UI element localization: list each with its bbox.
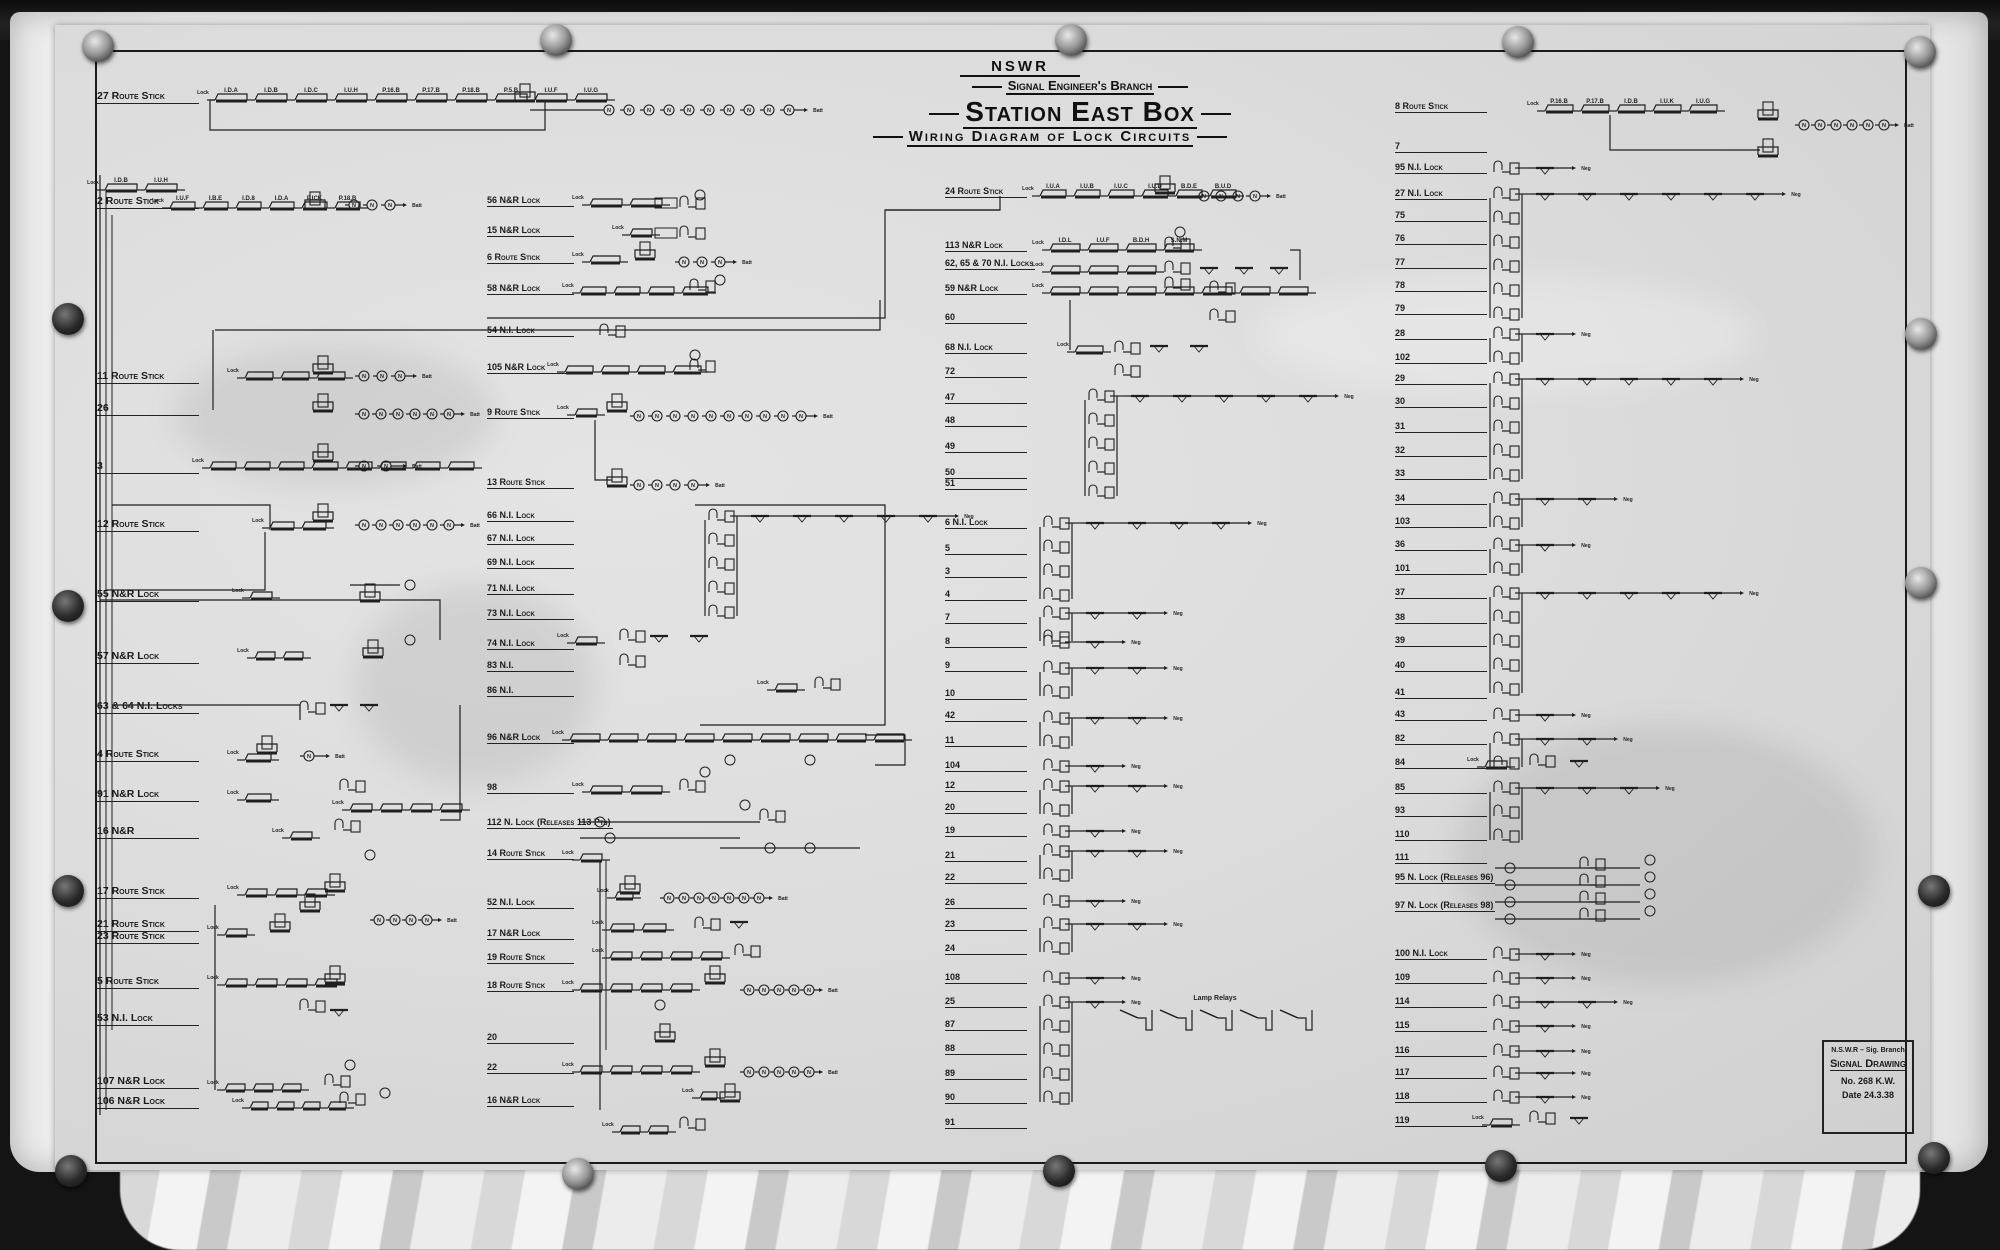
svg-text:Batt: Batt bbox=[412, 203, 422, 209]
pin bbox=[82, 30, 114, 62]
svg-text:Batt: Batt bbox=[823, 414, 833, 420]
svg-text:N: N bbox=[362, 412, 366, 418]
svg-text:Lock: Lock bbox=[612, 225, 624, 231]
pin bbox=[1055, 24, 1087, 56]
svg-text:Lock: Lock bbox=[87, 180, 99, 186]
svg-text:I.U.G: I.U.G bbox=[584, 88, 598, 94]
svg-text:P.16.B: P.16.B bbox=[382, 88, 400, 94]
svg-text:Neg: Neg bbox=[1131, 1000, 1140, 1006]
svg-text:I.U.H: I.U.H bbox=[154, 178, 168, 184]
svg-text:Neg: Neg bbox=[1581, 1095, 1590, 1101]
svg-text:N: N bbox=[1236, 194, 1240, 200]
svg-text:I.D.A: I.D.A bbox=[275, 196, 289, 202]
svg-text:Batt: Batt bbox=[447, 918, 457, 924]
svg-text:Batt: Batt bbox=[422, 374, 432, 380]
svg-text:Batt: Batt bbox=[828, 988, 838, 994]
svg-text:Lock: Lock bbox=[192, 458, 204, 464]
svg-text:N: N bbox=[667, 896, 671, 902]
svg-text:N: N bbox=[1882, 123, 1886, 129]
svg-text:N: N bbox=[707, 108, 711, 114]
svg-text:Neg: Neg bbox=[964, 514, 973, 520]
svg-text:N: N bbox=[673, 483, 677, 489]
svg-text:Neg: Neg bbox=[1131, 764, 1140, 770]
svg-text:Batt: Batt bbox=[412, 464, 422, 470]
svg-text:N: N bbox=[682, 260, 686, 266]
svg-text:N: N bbox=[687, 108, 691, 114]
svg-text:N: N bbox=[396, 412, 400, 418]
svg-text:B.D.E: B.D.E bbox=[1181, 184, 1197, 190]
svg-text:N: N bbox=[352, 203, 356, 209]
svg-text:Lock: Lock bbox=[227, 368, 239, 374]
svg-text:N: N bbox=[307, 754, 311, 760]
svg-text:Neg: Neg bbox=[1581, 952, 1590, 958]
pin bbox=[1905, 318, 1937, 350]
svg-text:Lock: Lock bbox=[1022, 186, 1034, 192]
pin bbox=[1918, 875, 1950, 907]
svg-text:N: N bbox=[377, 918, 381, 924]
svg-text:N: N bbox=[682, 896, 686, 902]
svg-text:N: N bbox=[370, 203, 374, 209]
svg-text:N: N bbox=[413, 523, 417, 529]
pin bbox=[1918, 1142, 1950, 1174]
svg-text:Batt: Batt bbox=[742, 260, 752, 266]
svg-text:N: N bbox=[655, 414, 659, 420]
pin bbox=[1485, 1150, 1517, 1182]
svg-text:N: N bbox=[607, 108, 611, 114]
svg-text:N: N bbox=[627, 108, 631, 114]
svg-text:N: N bbox=[1818, 123, 1822, 129]
svg-text:Neg: Neg bbox=[1173, 716, 1182, 722]
svg-text:Lock: Lock bbox=[557, 633, 569, 639]
svg-text:N: N bbox=[398, 374, 402, 380]
svg-text:Neg: Neg bbox=[1344, 394, 1353, 400]
svg-text:N: N bbox=[379, 523, 383, 529]
svg-text:N: N bbox=[1866, 123, 1870, 129]
svg-text:I.D.B: I.D.B bbox=[264, 88, 278, 94]
svg-text:N: N bbox=[747, 988, 751, 994]
svg-text:Neg: Neg bbox=[1623, 497, 1632, 503]
svg-text:N: N bbox=[379, 412, 383, 418]
svg-text:N: N bbox=[1802, 123, 1806, 129]
svg-text:Lock: Lock bbox=[562, 1062, 574, 1068]
svg-text:N: N bbox=[745, 414, 749, 420]
svg-text:N: N bbox=[396, 523, 400, 529]
svg-text:Lock: Lock bbox=[552, 730, 564, 736]
svg-text:Lock: Lock bbox=[1472, 1115, 1484, 1121]
svg-text:N: N bbox=[393, 918, 397, 924]
svg-text:I.D.B: I.D.B bbox=[114, 178, 128, 184]
svg-text:N: N bbox=[807, 988, 811, 994]
svg-text:N: N bbox=[425, 918, 429, 924]
svg-text:Lock: Lock bbox=[592, 948, 604, 954]
svg-text:Batt: Batt bbox=[1904, 123, 1914, 129]
pin bbox=[1502, 26, 1534, 58]
svg-text:N: N bbox=[637, 483, 641, 489]
svg-text:N: N bbox=[781, 414, 785, 420]
svg-text:Batt: Batt bbox=[778, 896, 788, 902]
svg-text:Neg: Neg bbox=[1749, 591, 1758, 597]
svg-text:Neg: Neg bbox=[1749, 377, 1758, 383]
svg-text:N: N bbox=[1850, 123, 1854, 129]
pin bbox=[52, 590, 84, 622]
svg-text:Lock: Lock bbox=[592, 920, 604, 926]
svg-text:N: N bbox=[430, 412, 434, 418]
svg-text:Neg: Neg bbox=[1581, 543, 1590, 549]
signal-drawing-block: N.S.W.R – Sig. Branch Signal Drawing No.… bbox=[1822, 1040, 1914, 1134]
svg-text:Lock: Lock bbox=[562, 283, 574, 289]
svg-text:N: N bbox=[709, 414, 713, 420]
svg-text:Lock: Lock bbox=[207, 925, 219, 931]
svg-text:Batt: Batt bbox=[813, 108, 823, 114]
svg-text:Lock: Lock bbox=[1032, 262, 1044, 268]
svg-text:Neg: Neg bbox=[1623, 737, 1632, 743]
svg-text:P.17.B: P.17.B bbox=[1586, 99, 1604, 105]
svg-text:Neg: Neg bbox=[1581, 713, 1590, 719]
svg-text:Neg: Neg bbox=[1257, 521, 1266, 527]
svg-text:Lock: Lock bbox=[602, 1122, 614, 1128]
svg-text:N: N bbox=[447, 412, 451, 418]
svg-text:Lock: Lock bbox=[227, 790, 239, 796]
svg-text:Lock: Lock bbox=[682, 1088, 694, 1094]
svg-text:I.D.C: I.D.C bbox=[304, 88, 318, 94]
svg-text:N: N bbox=[718, 260, 722, 266]
svg-text:N: N bbox=[388, 203, 392, 209]
svg-text:Lock: Lock bbox=[562, 850, 574, 856]
svg-text:Lock: Lock bbox=[152, 198, 164, 204]
svg-text:I.U.A: I.U.A bbox=[1046, 184, 1060, 190]
svg-text:N: N bbox=[362, 523, 366, 529]
svg-text:Lock: Lock bbox=[237, 648, 249, 654]
svg-text:Lock: Lock bbox=[1032, 283, 1044, 289]
svg-text:N: N bbox=[777, 1070, 781, 1076]
svg-text:N: N bbox=[362, 464, 366, 470]
svg-text:Neg: Neg bbox=[1173, 784, 1182, 790]
svg-text:Neg: Neg bbox=[1131, 829, 1140, 835]
svg-text:N: N bbox=[742, 896, 746, 902]
svg-text:N: N bbox=[792, 988, 796, 994]
svg-text:N: N bbox=[637, 414, 641, 420]
svg-text:Batt: Batt bbox=[828, 1070, 838, 1076]
svg-text:Neg: Neg bbox=[1173, 849, 1182, 855]
svg-text:I.U.F: I.U.F bbox=[176, 196, 189, 202]
svg-text:Lock: Lock bbox=[572, 195, 584, 201]
svg-text:N: N bbox=[727, 414, 731, 420]
svg-text:B.U.D: B.U.D bbox=[1215, 184, 1232, 190]
svg-text:I.U.B: I.U.B bbox=[1080, 184, 1094, 190]
svg-text:N: N bbox=[1219, 194, 1223, 200]
svg-text:N: N bbox=[767, 108, 771, 114]
pin bbox=[52, 303, 84, 335]
svg-text:Lock: Lock bbox=[557, 405, 569, 411]
svg-text:Neg: Neg bbox=[1581, 1024, 1590, 1030]
svg-text:Lock: Lock bbox=[227, 885, 239, 891]
svg-text:Lock: Lock bbox=[227, 750, 239, 756]
svg-text:I.U.K: I.U.K bbox=[1660, 99, 1674, 105]
svg-text:Batt: Batt bbox=[470, 523, 480, 529]
svg-text:I.U.G: I.U.G bbox=[1696, 99, 1710, 105]
svg-text:Lock: Lock bbox=[562, 980, 574, 986]
svg-text:N: N bbox=[430, 523, 434, 529]
wiring-schematic: LockI.D.AI.D.BI.D.CI.U.HP.16.BP.17.BP.18… bbox=[0, 0, 2000, 1250]
svg-text:N: N bbox=[787, 108, 791, 114]
svg-text:N: N bbox=[1834, 123, 1838, 129]
drawing-number: No. 268 K.W. bbox=[1824, 1076, 1912, 1086]
svg-text:Neg: Neg bbox=[1581, 332, 1590, 338]
svg-text:P.18.B: P.18.B bbox=[462, 88, 480, 94]
svg-text:N: N bbox=[655, 483, 659, 489]
svg-text:P.5.B: P.5.B bbox=[504, 88, 519, 94]
svg-text:N: N bbox=[380, 374, 384, 380]
svg-text:Neg: Neg bbox=[1791, 192, 1800, 198]
svg-text:Neg: Neg bbox=[1173, 922, 1182, 928]
svg-text:N: N bbox=[691, 414, 695, 420]
svg-text:N: N bbox=[409, 918, 413, 924]
svg-text:N: N bbox=[362, 374, 366, 380]
svg-text:N: N bbox=[700, 260, 704, 266]
svg-text:N: N bbox=[413, 412, 417, 418]
pin bbox=[55, 1155, 87, 1187]
svg-text:N: N bbox=[1253, 194, 1257, 200]
title-block-org: N.S.W.R – Sig. Branch bbox=[1824, 1047, 1912, 1054]
svg-text:I.B.E: I.B.E bbox=[209, 196, 222, 202]
svg-text:Neg: Neg bbox=[1173, 666, 1182, 672]
svg-text:I.D.L: I.D.L bbox=[1059, 238, 1072, 244]
svg-text:Lock: Lock bbox=[332, 800, 344, 806]
svg-text:I.U.H: I.U.H bbox=[344, 88, 358, 94]
svg-text:Lock: Lock bbox=[232, 1098, 244, 1104]
svg-text:Neg: Neg bbox=[1665, 786, 1674, 792]
svg-text:N: N bbox=[727, 896, 731, 902]
svg-text:Neg: Neg bbox=[1581, 1071, 1590, 1077]
svg-text:Lock: Lock bbox=[757, 680, 769, 686]
svg-text:Neg: Neg bbox=[1173, 611, 1182, 617]
svg-text:P.16.B: P.16.B bbox=[1550, 99, 1568, 105]
svg-text:Neg: Neg bbox=[1581, 166, 1590, 172]
svg-text:Lock: Lock bbox=[272, 828, 284, 834]
svg-text:N: N bbox=[384, 464, 388, 470]
pin bbox=[562, 1158, 594, 1190]
svg-text:N: N bbox=[1202, 194, 1206, 200]
svg-text:Lock: Lock bbox=[252, 518, 264, 524]
svg-text:N: N bbox=[762, 1070, 766, 1076]
svg-text:Lock: Lock bbox=[1057, 342, 1069, 348]
svg-text:N: N bbox=[727, 108, 731, 114]
svg-text:Neg: Neg bbox=[1623, 1000, 1632, 1006]
svg-text:Lock: Lock bbox=[197, 90, 209, 96]
svg-text:Lock: Lock bbox=[232, 588, 244, 594]
svg-text:N: N bbox=[777, 988, 781, 994]
svg-text:N: N bbox=[691, 483, 695, 489]
pin bbox=[1905, 567, 1937, 599]
svg-text:N: N bbox=[697, 896, 701, 902]
svg-text:N: N bbox=[799, 414, 803, 420]
svg-text:N: N bbox=[447, 523, 451, 529]
pin bbox=[52, 875, 84, 907]
svg-text:Batt: Batt bbox=[715, 483, 725, 489]
svg-text:I.D.B: I.D.B bbox=[1624, 99, 1638, 105]
svg-text:Lock: Lock bbox=[1467, 757, 1479, 763]
svg-text:Lock: Lock bbox=[207, 975, 219, 981]
svg-text:Neg: Neg bbox=[1131, 976, 1140, 982]
svg-text:Lock: Lock bbox=[572, 252, 584, 258]
svg-text:I.U.F: I.U.F bbox=[1097, 238, 1110, 244]
svg-text:I.U.C: I.U.C bbox=[1114, 184, 1128, 190]
svg-text:Neg: Neg bbox=[1581, 1049, 1590, 1055]
svg-text:N: N bbox=[762, 988, 766, 994]
title-block-kind: Signal Drawing bbox=[1830, 1058, 1906, 1071]
svg-text:N: N bbox=[807, 1070, 811, 1076]
svg-text:Batt: Batt bbox=[1276, 194, 1286, 200]
svg-text:Neg: Neg bbox=[1131, 640, 1140, 646]
svg-text:N: N bbox=[667, 108, 671, 114]
svg-text:Batt: Batt bbox=[335, 754, 345, 760]
svg-text:N: N bbox=[673, 414, 677, 420]
svg-text:Lock: Lock bbox=[1527, 101, 1539, 107]
svg-text:N: N bbox=[712, 896, 716, 902]
pin bbox=[540, 24, 572, 56]
svg-text:Batt: Batt bbox=[470, 412, 480, 418]
svg-text:I.D.A: I.D.A bbox=[224, 88, 238, 94]
svg-text:Lock: Lock bbox=[1032, 240, 1044, 246]
svg-text:Lock: Lock bbox=[597, 888, 609, 894]
svg-text:N: N bbox=[763, 414, 767, 420]
svg-text:Lamp Relays: Lamp Relays bbox=[1193, 995, 1236, 1002]
svg-text:Neg: Neg bbox=[1131, 899, 1140, 905]
svg-text:Lock: Lock bbox=[547, 362, 559, 368]
svg-text:N: N bbox=[747, 1070, 751, 1076]
svg-text:N: N bbox=[757, 896, 761, 902]
svg-text:N: N bbox=[792, 1070, 796, 1076]
svg-text:Lock: Lock bbox=[572, 782, 584, 788]
drawing-date: Date 24.3.38 bbox=[1824, 1090, 1912, 1100]
svg-text:P.17.B: P.17.B bbox=[422, 88, 440, 94]
svg-text:N: N bbox=[647, 108, 651, 114]
svg-text:P.18.B: P.18.B bbox=[339, 196, 357, 202]
svg-text:B.D.H: B.D.H bbox=[1133, 238, 1149, 244]
svg-text:Neg: Neg bbox=[1581, 976, 1590, 982]
pin bbox=[1043, 1155, 1075, 1187]
svg-text:I.U.F: I.U.F bbox=[545, 88, 558, 94]
svg-text:Lock: Lock bbox=[207, 1080, 219, 1086]
svg-text:I.D.8: I.D.8 bbox=[242, 196, 255, 202]
pin bbox=[1904, 36, 1936, 68]
svg-text:N: N bbox=[747, 108, 751, 114]
